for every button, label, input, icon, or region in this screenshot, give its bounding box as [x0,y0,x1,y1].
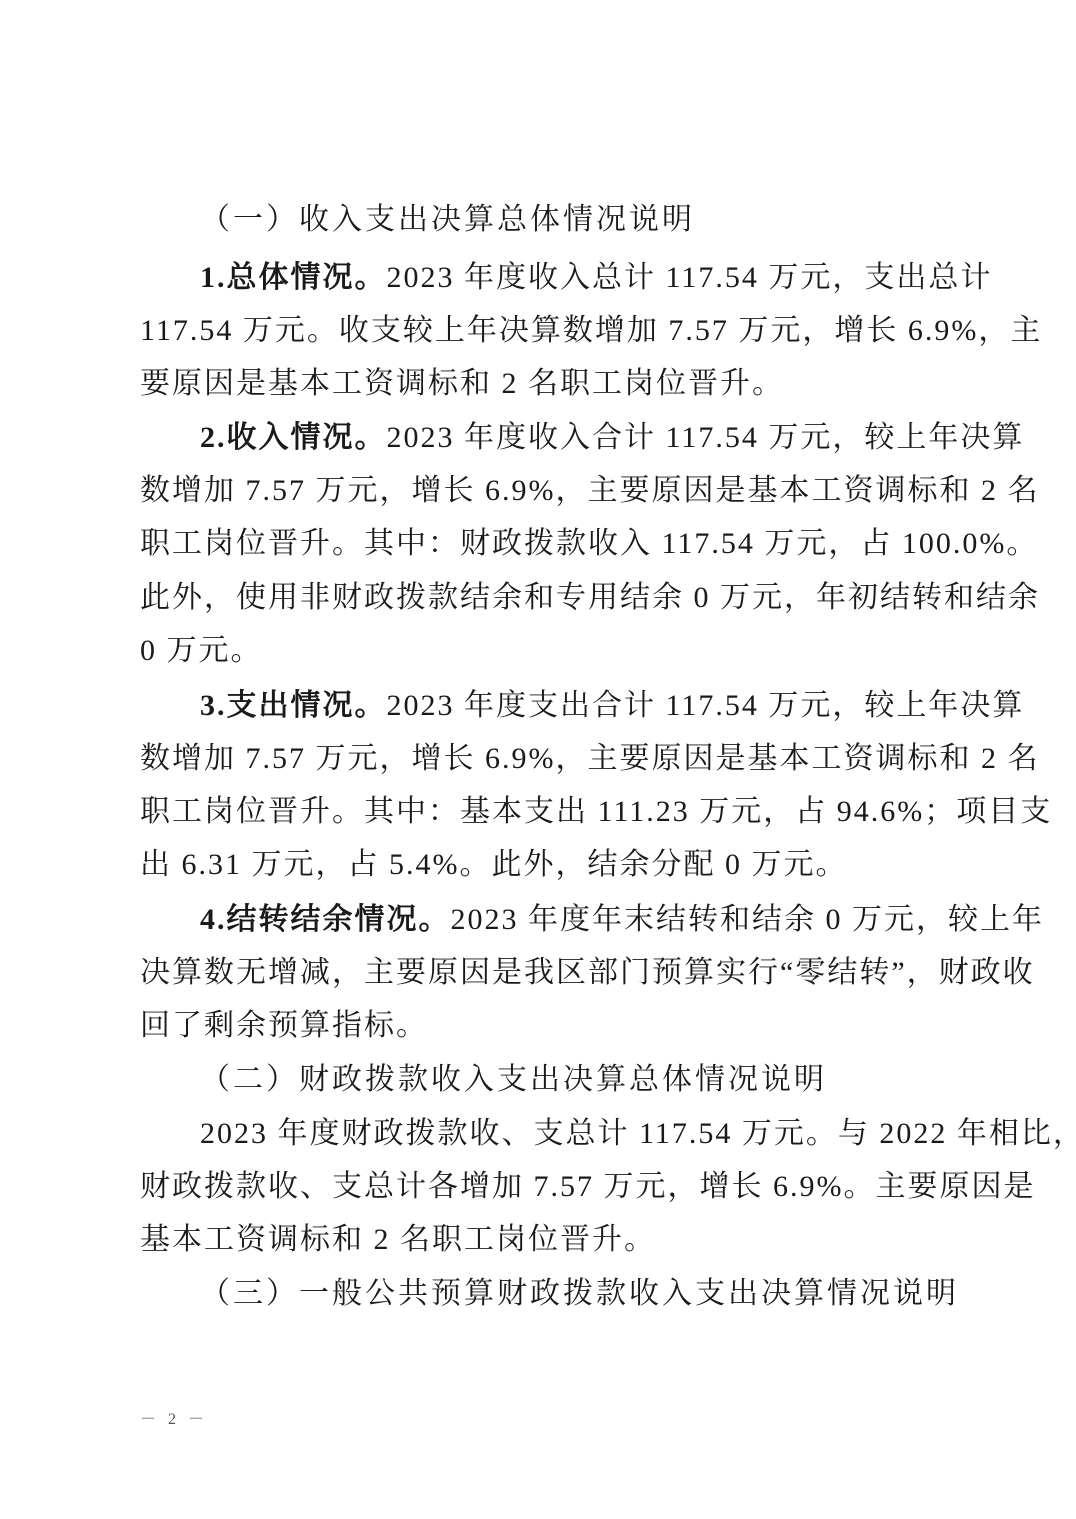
paragraph-line: 0 万元。 [140,631,263,671]
paragraph-line: 决算数无增减，主要原因是我区部门预算实行“零结转”，财政收 [140,953,1035,993]
paragraph-expenditure-line-1: 3.支出情况。2023 年度支出合计 117.54 万元，较上年决算 [200,686,1024,726]
section-heading-3: （三）一般公共预算财政拨款收入支出决算情况说明 [200,1274,959,1314]
paragraph-line: 职工岗位晋升。其中：财政拨款收入 117.54 万元，占 100.0%。 [140,524,1038,564]
document-page: （一）收入支出决算总体情况说明 1.总体情况。2023 年度收入总计 117.5… [0,0,1076,1519]
paragraph-line: 基本工资调标和 2 名职工岗位晋升。 [140,1220,656,1260]
paragraph-line: 2023 年度财政拨款收、支总计 117.54 万元。与 2022 年相比， [200,1114,1076,1154]
paragraph-title: 1.总体情况。 [200,261,387,294]
paragraph-line: 数增加 7.57 万元，增长 6.9%，主要原因是基本工资调标和 2 名 [140,739,1040,779]
paragraph-line: 回了剩余预算指标。 [140,1006,428,1046]
paragraph-income-line-1: 2.收入情况。2023 年度收入合计 117.54 万元，较上年决算 [200,418,1024,458]
paragraph-line: 财政拨款收、支总计各增加 7.57 万元，增长 6.9%。主要原因是 [140,1167,1036,1207]
paragraph-line: 117.54 万元。收支较上年决算数增加 7.57 万元，增长 6.9%，主 [140,311,1042,351]
paragraph-line: 职工岗位晋升。其中：基本支出 111.23 万元，占 94.6%；项目支 [140,792,1052,832]
section-heading-2: （二）财政拨款收入支出决算总体情况说明 [200,1060,827,1100]
paragraph-carryover-line-1: 4.结转结余情况。2023 年度年末结转和结余 0 万元，较上年 [200,900,1044,940]
paragraph-overall-line-1: 1.总体情况。2023 年度收入总计 117.54 万元，支出总计 [200,258,992,298]
paragraph-line: 此外，使用非财政拨款结余和专用结余 0 万元，年初结转和结余 [140,578,1040,618]
section-heading-1: （一）收入支出决算总体情况说明 [200,200,695,240]
paragraph-line: 出 6.31 万元，占 5.4%。此外，结余分配 0 万元。 [140,845,848,885]
paragraph-title: 4.结转结余情况。 [200,903,451,936]
paragraph-title: 3.支出情况。 [200,689,387,722]
paragraph-line: 要原因是基本工资调标和 2 名职工岗位晋升。 [140,364,784,404]
paragraph-line: 数增加 7.57 万元，增长 6.9%，主要原因是基本工资调标和 2 名 [140,471,1040,511]
page-number: － 2 － [140,1406,208,1429]
paragraph-title: 2.收入情况。 [200,421,387,454]
